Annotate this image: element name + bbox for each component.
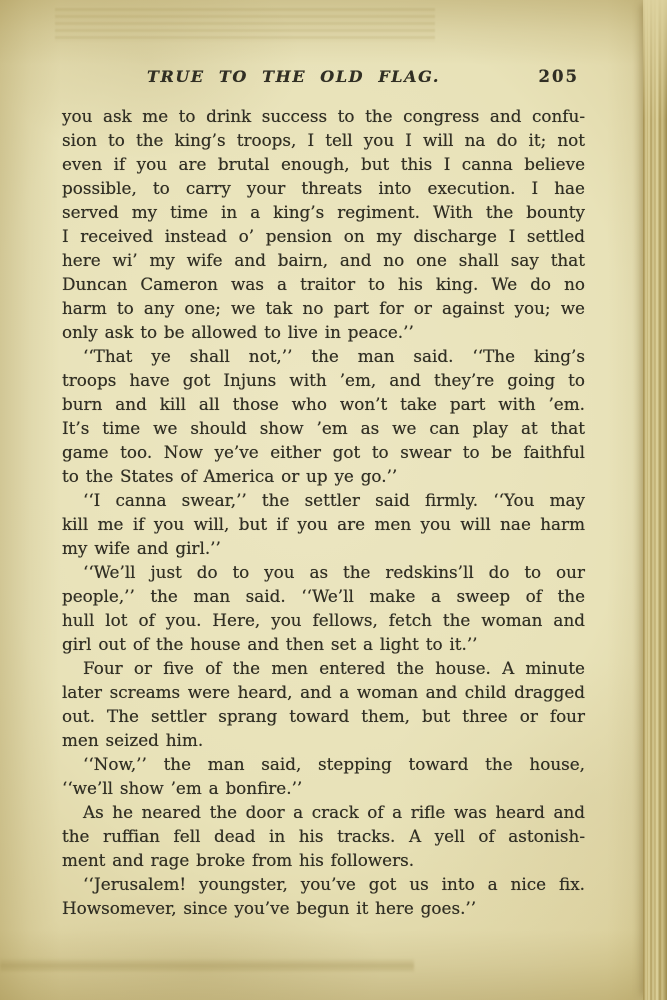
text-line: As he neared the door a crack of a rifle… [62,800,585,824]
text-line: to the States of America or up ye go.’’ [62,464,585,488]
text-line: people,’’ the man said. ‘‘We’ll make a s… [62,584,585,608]
text-line: It’s time we should show ’em as we can p… [62,416,585,440]
text-line: ‘‘I canna swear,’’ the settler said firm… [62,488,585,512]
page-number: 205 [539,64,579,90]
text-line: kill me if you will, but if you are men … [62,512,585,536]
text-line: ‘‘Now,’’ the man said, stepping toward t… [62,752,585,776]
text-line: girl out of the house and then set a lig… [62,632,585,656]
page-body-text: you ask me to drink success to the congr… [62,104,585,920]
text-line: my wife and girl.’’ [62,536,585,560]
chapter-running-title: TRUE TO THE OLD FLAG. [62,64,585,90]
text-line: ‘‘we’ll show ’em a bonfire.’’ [62,776,585,800]
text-line: possible, to carry your threats into exe… [62,176,585,200]
text-line: hull lot of you. Here, you fellows, fetc… [62,608,585,632]
text-line: ‘‘That ye shall not,’’ the man said. ‘‘T… [62,344,585,368]
underlying-page-edge [0,958,414,972]
running-head: TRUE TO THE OLD FLAG. 205 [62,64,585,90]
text-line: later screams were heard, and a woman an… [62,680,585,704]
text-line: ment and rage broke from his followers. [62,848,585,872]
text-line: served my time in a king’s regiment. Wit… [62,200,585,224]
text-line: harm to any one; we tak no part for or a… [62,296,585,320]
text-line: game too. Now ye’ve either got to swear … [62,440,585,464]
text-line: troops have got Injuns with ’em, and the… [62,368,585,392]
scan-top-texture [55,8,435,42]
text-line: only ask to be allowed to live in peace.… [62,320,585,344]
text-line: the ruffian fell dead in his tracks. A y… [62,824,585,848]
text-line: you ask me to drink success to the congr… [62,104,585,128]
book-page-scan: TRUE TO THE OLD FLAG. 205 you ask me to … [0,0,667,1000]
text-line: men seized him. [62,728,585,752]
text-line: burn and kill all those who won’t take p… [62,392,585,416]
text-line: ‘‘We’ll just do to you as the redskins’l… [62,560,585,584]
book-fore-edge-pages [643,0,667,1000]
text-line: I received instead o’ pension on my disc… [62,224,585,248]
text-line: sion to the king’s troops, I tell you I … [62,128,585,152]
text-line: ‘‘Jerusalem! youngster, you’ve got us in… [62,872,585,896]
text-line: out. The settler sprang toward them, but… [62,704,585,728]
text-line: here wi’ my wife and bairn, and no one s… [62,248,585,272]
text-line: Four or five of the men entered the hous… [62,656,585,680]
text-line: Duncan Cameron was a traitor to his king… [62,272,585,296]
text-line: even if you are brutal enough, but this … [62,152,585,176]
text-line: Howsomever, since you’ve begun it here g… [62,896,585,920]
